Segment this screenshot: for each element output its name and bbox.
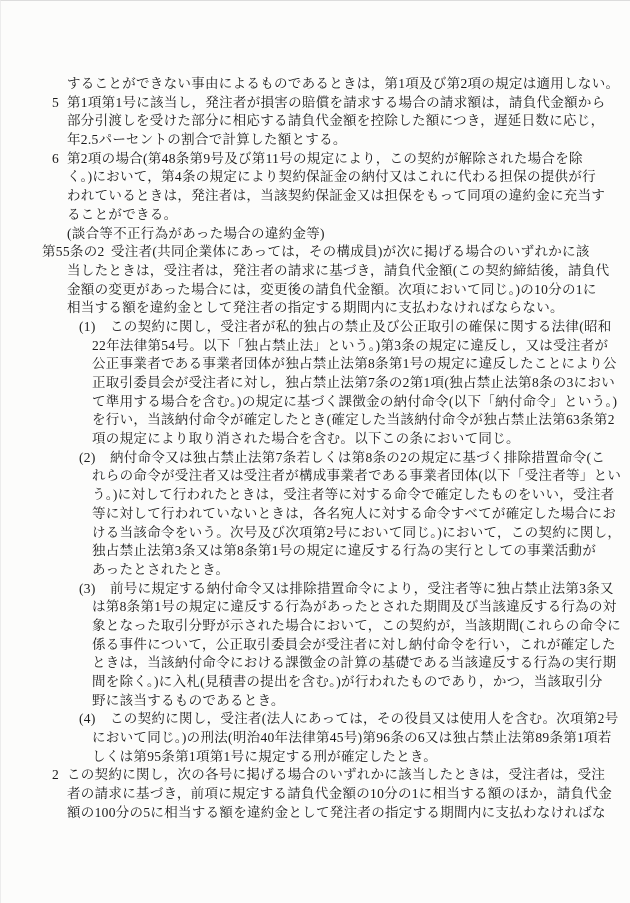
line-text: (談合等不正行為があった場合の違約金等) bbox=[67, 226, 325, 241]
line-text: 前号に規定する納付命令又は排除措置命令により，受注者等に独占禁止法第3条又 bbox=[110, 581, 614, 596]
line-text: において同じ。)の刑法(明治40年法律第45号)第96条の6又は独占禁止法第89… bbox=[92, 730, 612, 745]
text-line: う。)に対して行われたときは，受注者等に対する命令で確定したものをいい，受注者 bbox=[1, 486, 630, 505]
text-line: 間を除く。)に入札(見積書の提出を含む。)が行われたものであり，かつ，当該取引分 bbox=[1, 673, 630, 692]
line-text: 項の規定により取り消された場合を含む。以下この条において同じ。 bbox=[92, 431, 520, 446]
contract-text-body: することができない事由によるものであるときは，第1項及び第2項の規定は適用しない… bbox=[1, 75, 630, 823]
line-text: することができない事由によるものであるときは，第1項及び第2項の規定は適用しない… bbox=[67, 76, 619, 91]
line-text: れらの命令が受注者又は受注者が構成事業者である事業者団体(以下「受注者等」とい bbox=[92, 468, 621, 483]
text-line: 独占禁止法第3条又は第8条第1号の規定に違反する行為の実行としての事業活動が bbox=[1, 542, 630, 561]
line-text: 公正事業者である事業者団体が独占禁止法第8条第1号の規定に違反したことにより公 bbox=[92, 356, 617, 371]
text-line: て準用する場合を含む。)の規定に基づく課徴金の納付命令(以下「納付命令」という。… bbox=[1, 393, 630, 412]
paragraph-marker-line: (3)前号に規定する納付命令又は排除措置命令により，受注者等に独占禁止法第3条又 bbox=[1, 580, 630, 599]
text-line: を行い，当該納付命令が確定したとき(確定した当該納付命令が独占禁止法第63条第2 bbox=[1, 411, 630, 430]
paragraph-marker-line: 6第2項の場合(第48条第9号及び第11号の規定により，この契約が解除された場合… bbox=[1, 150, 630, 169]
text-line: 22年法律第54号。以下「独占禁止法」という。)第3条の規定に違反し，又は受注者… bbox=[1, 337, 630, 356]
line-text: 者の請求に基づき，前項に規定する請負代金額の10分の1に相当する額のほか，請負代… bbox=[67, 786, 612, 801]
text-line: く。)において，第4条の規定により契約保証金の納付又はこれに代わる担保の提供が行 bbox=[1, 168, 630, 187]
line-text: く。)において，第4条の規定により契約保証金の納付又はこれに代わる担保の提供が行 bbox=[67, 169, 596, 184]
text-line: 者の請求に基づき，前項に規定する請負代金額の10分の1に相当する額のほか，請負代… bbox=[1, 785, 630, 804]
text-line: ける当該命令をいう。次号及び次項第2号において同じ。)において，この契約に関し， bbox=[1, 524, 630, 543]
line-text: この契約に関し，受注者(法人にあっては，その役員又は使用人を含む。次項第2号 bbox=[110, 711, 619, 726]
line-text: あったとされたとき。 bbox=[92, 562, 229, 577]
text-line: れらの命令が受注者又は受注者が構成事業者である事業者団体(以下「受注者等」とい bbox=[1, 467, 630, 486]
line-text: ける当該命令をいう。次号及び次項第2号において同じ。)において，この契約に関し， bbox=[92, 525, 621, 540]
text-line: 当したときは，受注者は，発注者の請求に基づき，請負代金額(この契約締結後，請負代 bbox=[1, 262, 630, 281]
line-text: 象となった取引分野が示された場合において，この契約が，当該期間(これらの命令に bbox=[92, 618, 621, 633]
text-line: 正取引委員会が受注者に対し，独占禁止法第7条の2第1項(独占禁止法第8条の3にお… bbox=[1, 374, 630, 393]
line-text: 22年法律第54号。以下「独占禁止法」という。)第3条の規定に違反し，又は受注者… bbox=[92, 338, 608, 353]
paragraph-number: (2) bbox=[79, 449, 110, 468]
paragraph-marker-line: 5第1項第1号に該当し，発注者が損害の賠償を請求する場合の請求額は，請負代金額か… bbox=[1, 94, 630, 113]
line-text: 額の100分の5に相当する額を違約金として発注者の指定する期間内に支払わなければ… bbox=[67, 805, 606, 820]
text-line: 野に該当するものであるとき。 bbox=[1, 692, 630, 711]
line-text: て準用する場合を含む。)の規定に基づく課徴金の納付命令(以下「納付命令」という。… bbox=[92, 394, 617, 409]
text-line: 相当する額を違約金として発注者の指定する期間内に支払わなければならない。 bbox=[1, 299, 630, 318]
paragraph-marker-line: 第55条の2受注者(共同企業体にあっては，その構成員)が次に掲げる場合のいずれか… bbox=[1, 243, 630, 262]
line-text: 等に対して行われていないときは，各名宛人に対する命令すべてが確定した場合にお bbox=[92, 506, 616, 521]
line-text: 相当する額を違約金として発注者の指定する期間内に支払わなければならない。 bbox=[67, 300, 564, 315]
line-text: 納付命令又は独占禁止法第7条若しくは第8条の2の規定に基づく排除措置命令(こ bbox=[110, 450, 605, 465]
line-text: 正取引委員会が受注者に対し，独占禁止法第7条の2第1項(独占禁止法第8条の3にお… bbox=[92, 375, 615, 390]
text-line: 等に対して行われていないときは，各名宛人に対する命令すべてが確定した場合にお bbox=[1, 505, 630, 524]
line-text: う。)に対して行われたときは，受注者等に対する命令で確定したものをいい，受注者 bbox=[92, 487, 614, 502]
text-line: 額の100分の5に相当する額を違約金として発注者の指定する期間内に支払わなければ… bbox=[1, 804, 630, 823]
text-line: ときは，当該納付命令における課徴金の計算の基礎である当該違反する行為の実行期 bbox=[1, 654, 630, 673]
line-text: しくは第95条第1項第1号に規定する刑が確定したとき。 bbox=[92, 749, 437, 764]
paragraph-number: (3) bbox=[79, 580, 110, 599]
paragraph-marker-line: (1)この契約に関し，受注者が私的独占の禁止及び公正取引の確保に関する法律(昭和 bbox=[1, 318, 630, 337]
paragraph-number: 5 bbox=[52, 94, 67, 113]
line-text: は第8条第1号の規定に違反する行為があったとされた期間及び当該違反する行為の対 bbox=[92, 599, 617, 614]
paragraph-number: (1) bbox=[79, 318, 110, 337]
line-text: 独占禁止法第3条又は第8条第1号の規定に違反する行為の実行としての事業活動が bbox=[92, 543, 596, 558]
text-line: 象となった取引分野が示された場合において，この契約が，当該期間(これらの命令に bbox=[1, 617, 630, 636]
line-text: 受注者(共同企業体にあっては，その構成員)が次に掲げる場合のいずれかに該 bbox=[111, 244, 590, 259]
paragraph-marker-line: 2この契約に関し，次の各号に掲げる場合のいずれかに該当したときは，受注者は，受注 bbox=[1, 766, 630, 785]
text-line: ることができる。 bbox=[1, 206, 630, 225]
line-text: 間を除く。)に入札(見積書の提出を含む。)が行われたものであり，かつ，当該取引分 bbox=[92, 674, 603, 689]
line-text: 第1項第1号に該当し，発注者が損害の賠償を請求する場合の請求額は，請負代金額から bbox=[67, 95, 606, 110]
document-page: することができない事由によるものであるときは，第1項及び第2項の規定は適用しない… bbox=[0, 0, 630, 903]
text-line: あったとされたとき。 bbox=[1, 561, 630, 580]
line-text: ときは，当該納付命令における課徴金の計算の基礎である当該違反する行為の実行期 bbox=[92, 655, 616, 670]
text-line: われているときは，発注者は，当該契約保証金又は担保をもって同項の違約金に充当す bbox=[1, 187, 630, 206]
line-text: ることができる。 bbox=[67, 207, 177, 222]
text-line: は第8条第1号の規定に違反する行為があったとされた期間及び当該違反する行為の対 bbox=[1, 598, 630, 617]
text-line: 年2.5パーセントの割合で計算した額とする。 bbox=[1, 131, 630, 150]
paragraph-number: 2 bbox=[52, 766, 67, 785]
text-line: することができない事由によるものであるときは，第1項及び第2項の規定は適用しない… bbox=[1, 75, 630, 94]
paragraph-number: 第55条の2 bbox=[42, 243, 111, 262]
text-line: において同じ。)の刑法(明治40年法律第45号)第96条の6又は独占禁止法第89… bbox=[1, 729, 630, 748]
line-text: この契約に関し，次の各号に掲げる場合のいずれかに該当したときは，受注者は，受注 bbox=[67, 767, 605, 782]
line-text: 部分引渡しを受けた部分に相応する請負代金額を控除した額につき，遅延日数に応じ， bbox=[67, 113, 604, 128]
text-line: 公正事業者である事業者団体が独占禁止法第8条第1号の規定に違反したことにより公 bbox=[1, 355, 630, 374]
line-text: 当したときは，受注者は，発注者の請求に基づき，請負代金額(この契約締結後，請負代 bbox=[67, 263, 609, 278]
text-line: 部分引渡しを受けた部分に相応する請負代金額を控除した額につき，遅延日数に応じ， bbox=[1, 112, 630, 131]
line-text: 金額の変更があった場合には，変更後の請負代金額。次項において同じ。)の10分の1… bbox=[67, 282, 597, 297]
paragraph-number: 6 bbox=[52, 150, 67, 169]
text-line: (談合等不正行為があった場合の違約金等) bbox=[1, 225, 630, 244]
text-line: 金額の変更があった場合には，変更後の請負代金額。次項において同じ。)の10分の1… bbox=[1, 281, 630, 300]
paragraph-marker-line: (2)納付命令又は独占禁止法第7条若しくは第8条の2の規定に基づく排除措置命令(… bbox=[1, 449, 630, 468]
line-text: われているときは，発注者は，当該契約保証金又は担保をもって同項の違約金に充当す bbox=[67, 188, 605, 203]
paragraph-number: (4) bbox=[79, 710, 110, 729]
line-text: 係る事件について，公正取引委員会が受注者に対し納付命令を行い，これが確定した bbox=[92, 637, 616, 652]
line-text: 年2.5パーセントの割合で計算した額とする。 bbox=[67, 132, 347, 147]
text-line: 係る事件について，公正取引委員会が受注者に対し納付命令を行い，これが確定した bbox=[1, 636, 630, 655]
text-line: 項の規定により取り消された場合を含む。以下この条において同じ。 bbox=[1, 430, 630, 449]
line-text: 第2項の場合(第48条第9号及び第11号の規定により，この契約が解除された場合を… bbox=[67, 151, 583, 166]
text-line: しくは第95条第1項第1号に規定する刑が確定したとき。 bbox=[1, 748, 630, 767]
line-text: 野に該当するものであるとき。 bbox=[92, 693, 285, 708]
paragraph-marker-line: (4)この契約に関し，受注者(法人にあっては，その役員又は使用人を含む。次項第2… bbox=[1, 710, 630, 729]
line-text: この契約に関し，受注者が私的独占の禁止及び公正取引の確保に関する法律(昭和 bbox=[110, 319, 612, 334]
line-text: を行い，当該納付命令が確定したとき(確定した当該納付命令が独占禁止法第63条第2 bbox=[92, 412, 615, 427]
